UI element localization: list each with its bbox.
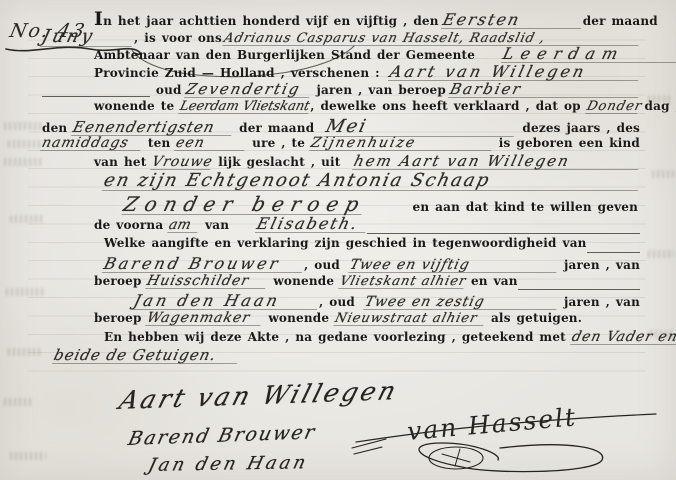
handwritten-text: Jan den Haan bbox=[132, 293, 321, 310]
signature-official: van Hasselt bbox=[350, 398, 662, 480]
printed-text: , is voor ons bbox=[134, 32, 222, 44]
handwritten-text: Zonder beroep bbox=[121, 194, 366, 215]
printed-text: ten bbox=[142, 137, 176, 149]
printed-text: beroep bbox=[94, 275, 147, 287]
printed-text: wonende te bbox=[94, 100, 180, 112]
signature-witness2: Jan den Haan bbox=[146, 452, 311, 476]
fill-line bbox=[587, 252, 640, 253]
printed-text: En hebben wij deze Akte , na gedane voor… bbox=[104, 331, 572, 343]
printed-text: Provincie Zuid — Holland , verschenen : bbox=[94, 67, 380, 79]
printed-text: lijk geslacht , uit bbox=[212, 156, 346, 168]
bleed-through-mark bbox=[652, 170, 674, 178]
printed-text: ure , te bbox=[246, 137, 311, 149]
act-line: beroep Huisschilder wonende Vlietskant a… bbox=[94, 274, 640, 293]
printed-text: wonende bbox=[267, 275, 340, 287]
handwritten-text: Twee en zestig bbox=[363, 295, 560, 310]
printed-text: jaren , van bbox=[558, 296, 640, 308]
act-line: oudZevendertig jaren , van beroepBarbier bbox=[42, 82, 640, 100]
handwritten-text: een bbox=[174, 136, 248, 151]
act-line: beroep Wagenmaker wonende Nieuwstraat al… bbox=[94, 311, 640, 330]
fill-line bbox=[367, 233, 640, 234]
handwritten-text: Zijnenhuize bbox=[309, 136, 495, 151]
document-page: No. 43 In het jaar achttien honderd vijf… bbox=[0, 0, 676, 480]
act-line: Jan den Haan, oud Twee en zestig jaren ,… bbox=[134, 293, 640, 312]
act-body: In het jaar achttien honderd vijf en vij… bbox=[36, 10, 640, 368]
printed-text: en van bbox=[465, 275, 518, 287]
handwritten-text: Aart van Willegen bbox=[388, 64, 642, 81]
printed-text: dag , bbox=[639, 100, 676, 112]
printed-text: jaren , van bbox=[558, 259, 640, 271]
act-line: Barend Brouwer, oud Twee en vijftig jare… bbox=[104, 256, 640, 275]
handwritten-text: Wagenmaker bbox=[146, 311, 265, 326]
handwritten-text: Barbier bbox=[448, 82, 642, 98]
printed-text: als getuigen. bbox=[485, 312, 582, 324]
handwritten-text: Leerdam bbox=[501, 46, 676, 63]
printed-text: In het jaar achttien honderd vijf en vij… bbox=[94, 10, 439, 29]
handwritten-text: Vlietskant alhier bbox=[338, 275, 466, 289]
bleed-through-mark bbox=[4, 398, 34, 406]
handwritten-text: hem Aart van Willegen bbox=[352, 154, 642, 170]
act-line: de voorna am van Elisabeth. bbox=[94, 216, 640, 237]
printed-text: der maand bbox=[233, 122, 320, 134]
act-line: Provincie Zuid — Holland , verschenen :A… bbox=[94, 64, 640, 82]
handwritten-text: Eenendertigsten bbox=[71, 120, 235, 136]
handwritten-text: Twee en vijftig bbox=[348, 258, 560, 273]
handwritten-text: Barend Brouwer bbox=[102, 256, 306, 273]
act-line: en zijn Echtgenoot Antonia Schaap bbox=[104, 172, 640, 194]
printed-text: jaren , van beroep bbox=[311, 84, 446, 96]
printed-text: Ambtenaar van den Burgerlijken Stand der… bbox=[94, 49, 475, 61]
printed-text: en aan dat kind te willen geven bbox=[413, 201, 639, 213]
handwritten-text: Elisabeth. bbox=[255, 216, 369, 233]
printed-text: van het bbox=[94, 156, 152, 168]
act-line: In het jaar achttien honderd vijf en vij… bbox=[94, 10, 640, 28]
handwritten-text: Leerdam Vlietskant bbox=[178, 100, 311, 114]
printed-text: de voorna bbox=[94, 219, 169, 231]
printed-text: der maand bbox=[583, 15, 658, 27]
printed-text: wonende bbox=[262, 312, 335, 324]
printed-text: dezes jaars , des bbox=[517, 122, 640, 134]
printed-text: Welke aangifte en verklaring zijn geschi… bbox=[104, 237, 587, 249]
printed-text: oud bbox=[150, 84, 182, 96]
handwritten-text: Juny bbox=[40, 28, 137, 47]
fill-line bbox=[518, 289, 640, 290]
handwritten-text: Nieuwstraat alhier bbox=[333, 312, 486, 326]
act-line: den Eenendertigsten der maand Mei dezes … bbox=[42, 118, 640, 136]
handwritten-text: namiddags bbox=[40, 136, 144, 151]
handwritten-text: Vrouwe bbox=[150, 155, 214, 170]
signature-official-name: van Hasselt bbox=[406, 402, 578, 446]
fill-line bbox=[42, 96, 150, 97]
bleed-through-mark bbox=[648, 250, 674, 258]
printed-text: is geboren een kind bbox=[493, 137, 640, 149]
printed-text: van bbox=[199, 219, 235, 231]
act-line: Zonder beroepen aan dat kind te willen g… bbox=[124, 194, 640, 216]
handwritten-text: Eersten bbox=[441, 12, 585, 29]
printed-text: , dewelke ons heeft verklaard , dat op bbox=[310, 100, 586, 112]
handwritten-text: en zijn Echtgenoot Antonia Schaap bbox=[102, 172, 643, 191]
handwritten-text: Zevendertig bbox=[184, 82, 313, 98]
act-line: Welke aangifte en verklaring zijn geschi… bbox=[104, 237, 640, 256]
act-line: beide de Getuigen. bbox=[54, 348, 640, 368]
signature-witness1: Barend Brouwer bbox=[126, 421, 318, 450]
handwritten-text: beide de Getuigen. bbox=[52, 348, 241, 364]
printed-text: , oud bbox=[319, 296, 361, 308]
handwritten-text: am bbox=[167, 218, 201, 233]
handwritten-text: Huisschilder bbox=[146, 274, 270, 289]
handwritten-text: Donder bbox=[585, 100, 640, 114]
bleed-through-mark bbox=[10, 452, 46, 460]
printed-text: den bbox=[42, 122, 73, 134]
printed-text: beroep bbox=[94, 312, 147, 324]
handwritten-text: den Vader en bbox=[570, 330, 676, 345]
printed-text: , oud bbox=[304, 259, 346, 271]
